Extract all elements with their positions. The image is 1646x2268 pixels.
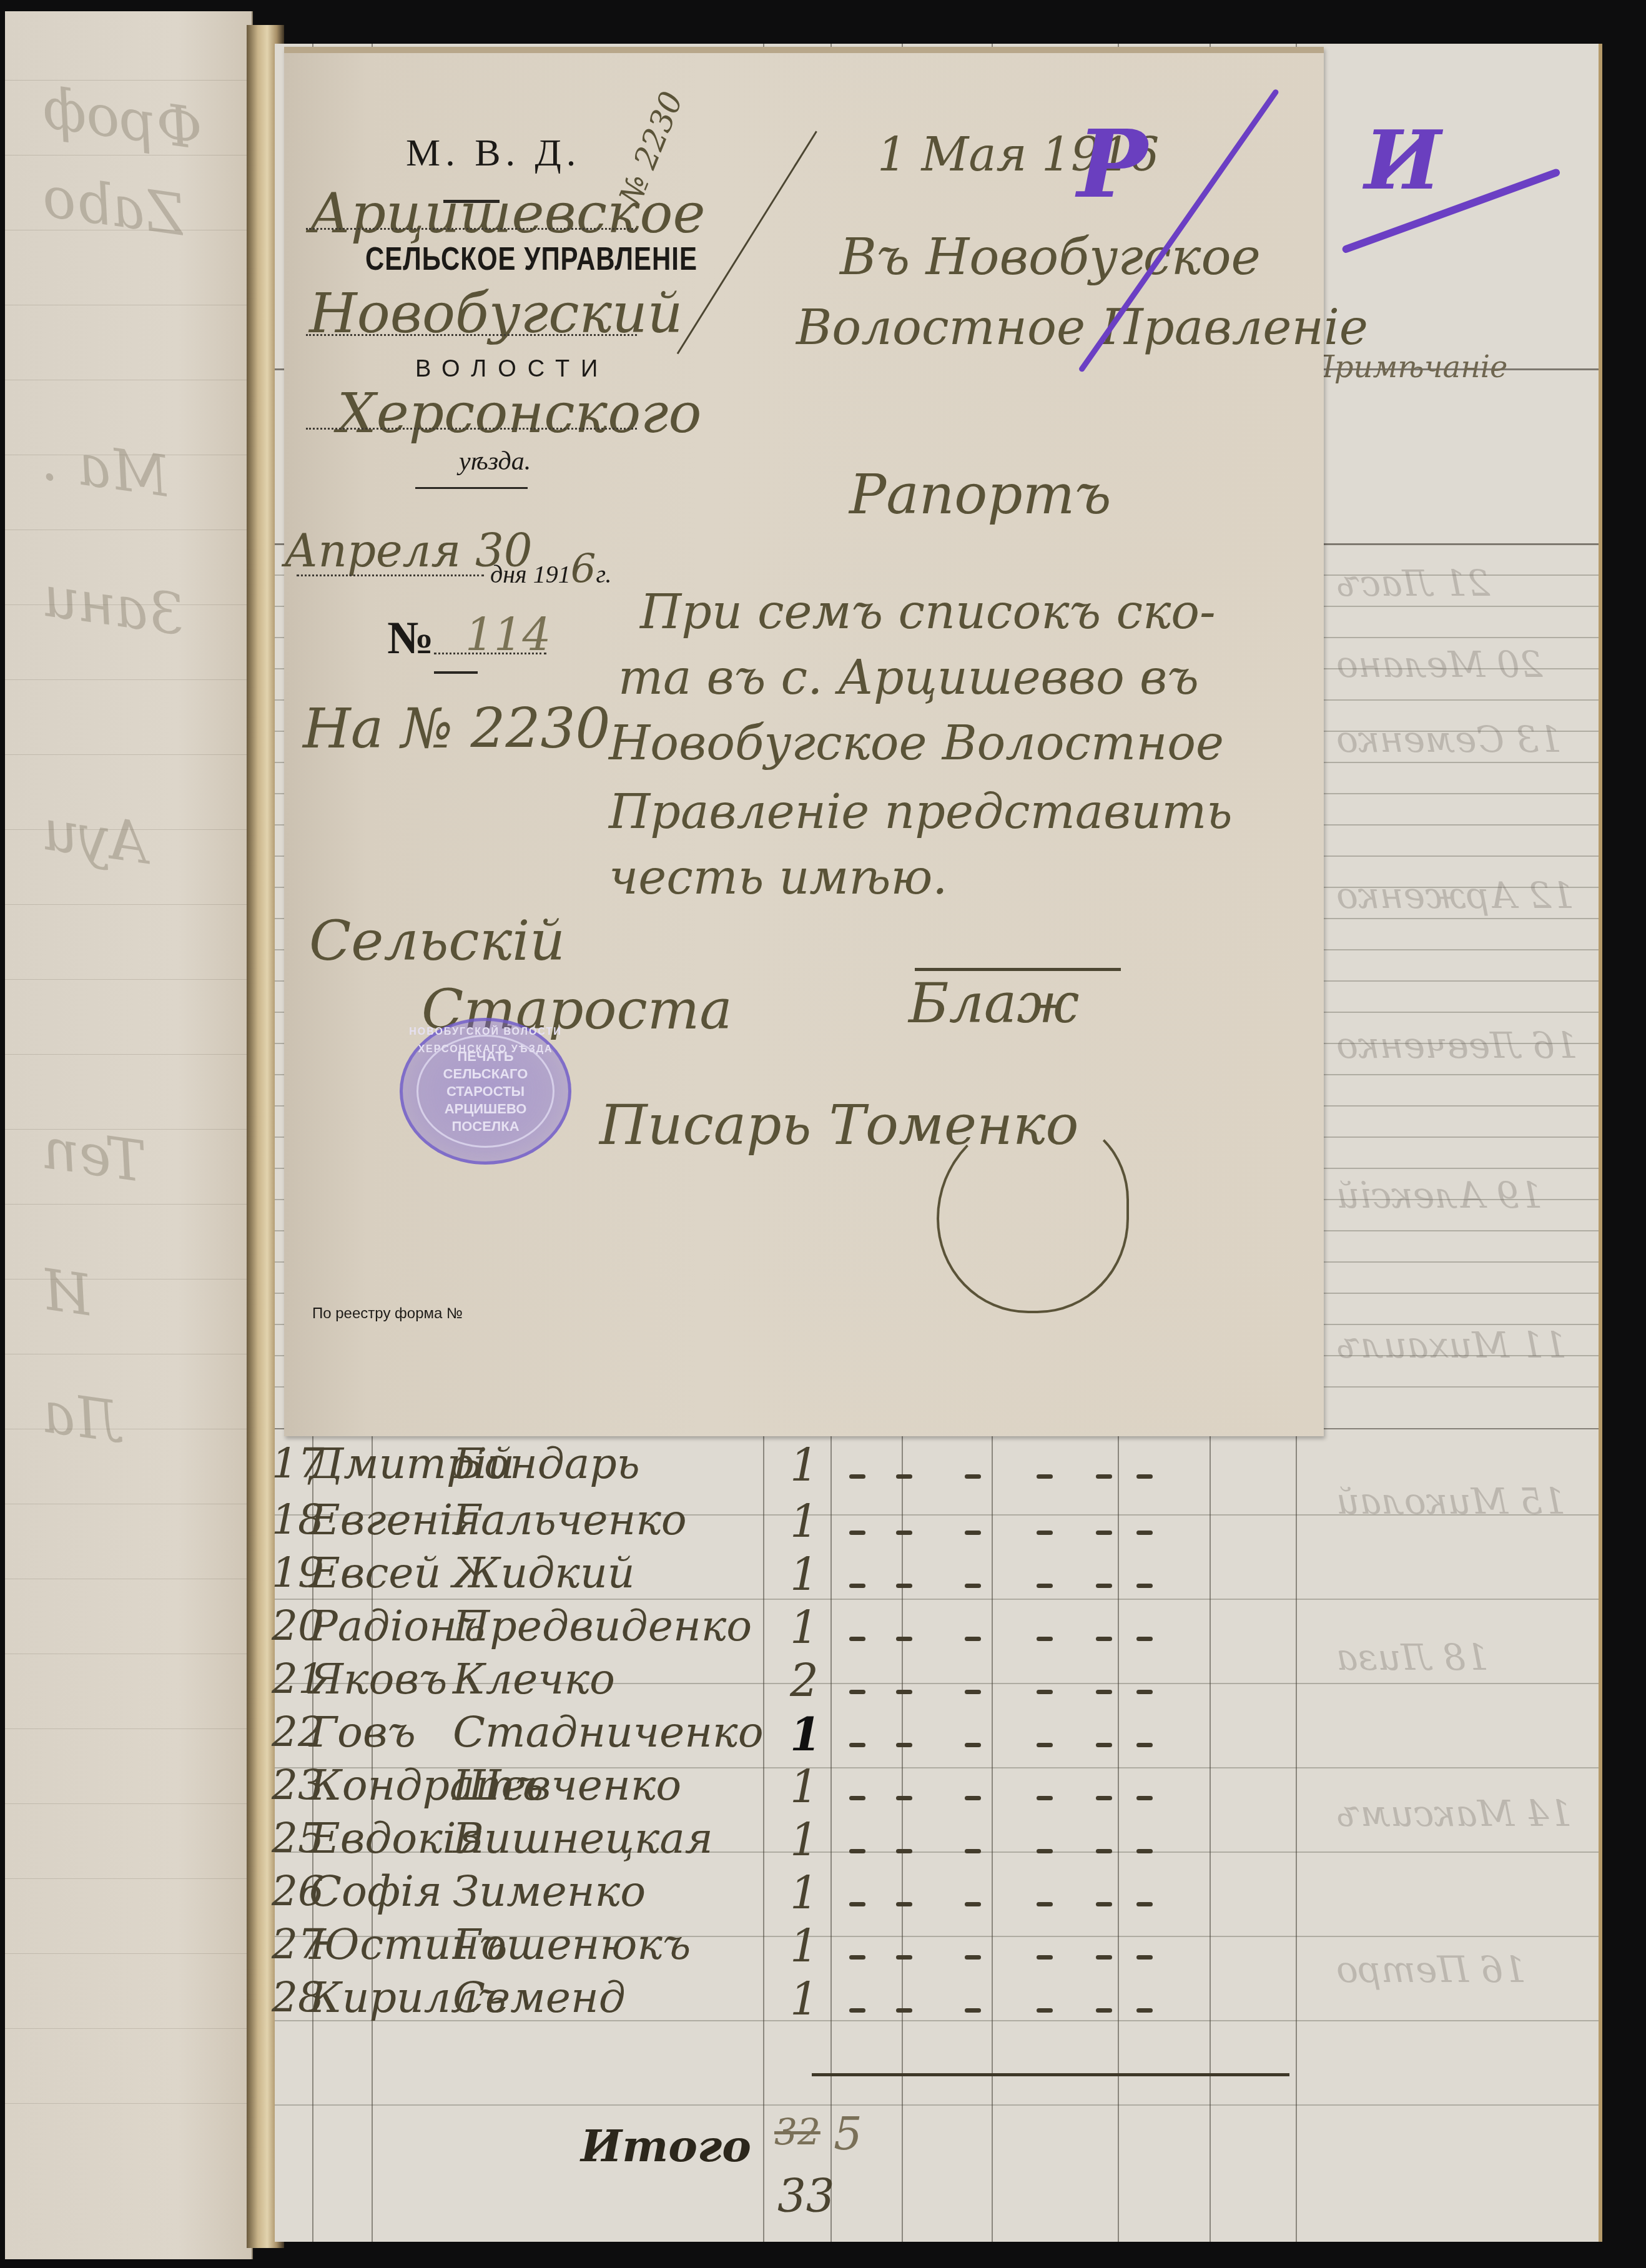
bleed-through-text: Ten [38, 1116, 149, 1195]
violet-check-mark-ledger: И [1364, 112, 1441, 208]
bleed-through-text: Ma . [39, 427, 174, 510]
total-label: Итого [581, 2120, 751, 2172]
total-crossed-value: 32 [774, 2111, 821, 2153]
total-corrected-value: 33 [777, 2170, 835, 2222]
list-row: 28 Кириллъ Семенд 1 [272, 1973, 1327, 2058]
bleed-through-text: Ayu [39, 797, 153, 877]
bleed-through-text: Zabo [39, 164, 189, 249]
bleed-through-text: Ла [38, 1380, 127, 1456]
bleed-through-text: И [38, 1257, 96, 1329]
bleed-through-text: Зани [39, 564, 188, 649]
total-second-column: 5 [834, 2108, 862, 2160]
bleed-through-text: Фроф [39, 76, 207, 163]
livestock-list: 17 Дмитрiй Бондарь 1 18 Евгенiя Гальченк… [272, 0, 1333, 2268]
total-underline [812, 2073, 1289, 2076]
left-page-verso: Фроф Zabo Ma . Зани Ayu Ten И Ла [5, 11, 253, 2259]
